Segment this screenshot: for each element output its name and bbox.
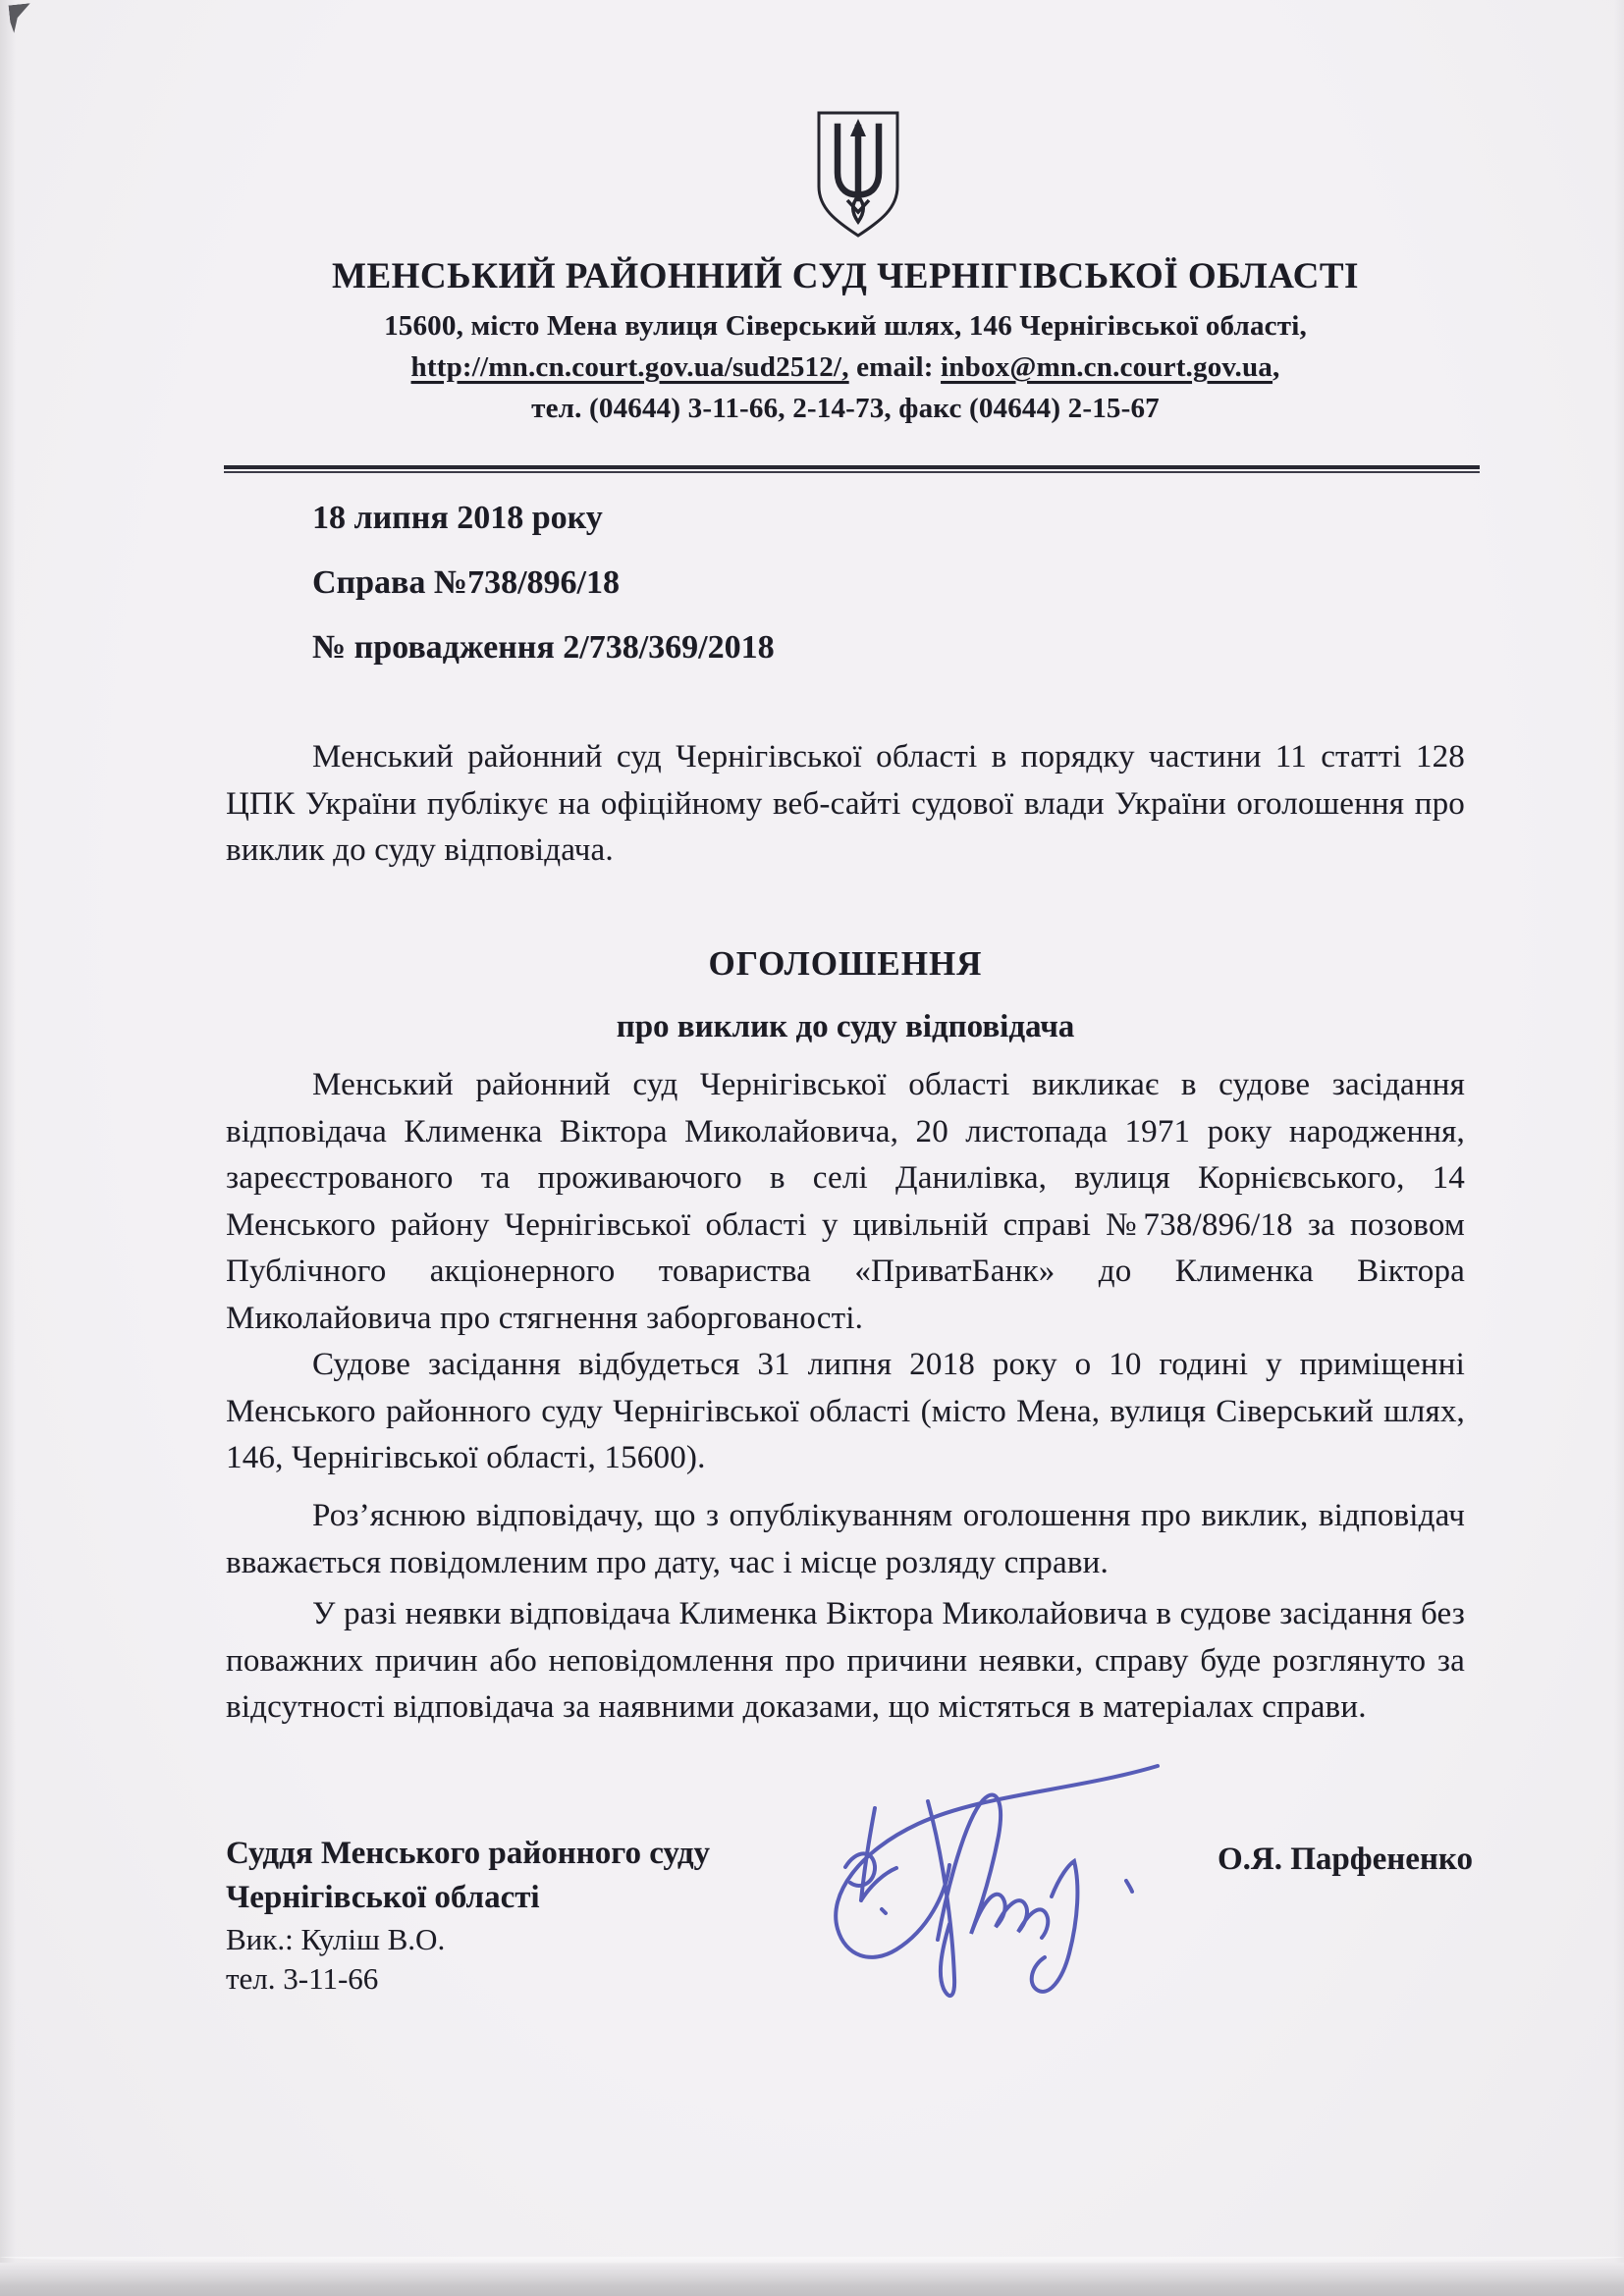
judge-title-line1: Суддя Менського районного суду bbox=[226, 1832, 854, 1876]
handwritten-signature-icon bbox=[781, 1757, 1173, 2044]
court-contacts-line: http://mn.cn.court.gov.ua/sud2512/, emai… bbox=[226, 347, 1465, 388]
executor-line: Вик.: Куліш В.О. bbox=[226, 1920, 854, 1959]
proceeding-number-line: № провадження 2/738/369/2018 bbox=[312, 628, 775, 667]
announcement-title: ОГОЛОШЕННЯ bbox=[226, 944, 1465, 984]
executor-phone-line: тел. 3-11-66 bbox=[226, 1959, 854, 1999]
email-label: email: bbox=[849, 351, 941, 383]
body-paragraph-summons: Менський районний суд Чернігівської обла… bbox=[226, 1062, 1465, 1342]
scanned-court-document: { "doc": { "header": { "emblem": "ukrain… bbox=[0, 0, 1624, 2296]
judge-title-line2: Чернігівської області bbox=[226, 1876, 854, 1920]
body-paragraph-hearing: Судове засідання відбудеться 31 липня 20… bbox=[226, 1342, 1465, 1482]
email-suffix: , bbox=[1272, 351, 1279, 383]
court-email-link[interactable]: inbox@mn.cn.court.gov.ua bbox=[941, 351, 1272, 383]
scan-bottom-paper-edge bbox=[0, 2263, 1624, 2296]
body-paragraph-notice: Роз’яснюю відповідачу, що з опублікуванн… bbox=[226, 1493, 1465, 1586]
case-number-line: Справа №738/896/18 bbox=[312, 563, 620, 603]
court-phone-fax-line: тел. (04644) 3-11-66, 2-14-73, факс (046… bbox=[226, 389, 1465, 429]
header-divider-rule bbox=[224, 465, 1480, 473]
judge-title-block: Суддя Менського районного суду Чернігівс… bbox=[226, 1832, 854, 1999]
ukraine-trident-icon bbox=[809, 108, 907, 243]
court-name-heading: МЕНСЬКИЙ РАЙОННИЙ СУД ЧЕРНІГІВСЬКОЇ ОБЛА… bbox=[226, 255, 1465, 298]
court-address-line: 15600, місто Мена вулиця Сіверський шлях… bbox=[226, 306, 1465, 347]
court-website-link[interactable]: http://mn.cn.court.gov.ua/sud2512/, bbox=[411, 351, 849, 383]
document-date-line: 18 липня 2018 року bbox=[312, 499, 603, 538]
intro-paragraph: Менський районний суд Чернігівської обла… bbox=[226, 734, 1465, 875]
body-paragraph-absence: У разі неявки відповідача Клименка Вікто… bbox=[226, 1591, 1465, 1732]
announcement-subtitle: про виклик до суду відповідача bbox=[226, 1009, 1465, 1045]
